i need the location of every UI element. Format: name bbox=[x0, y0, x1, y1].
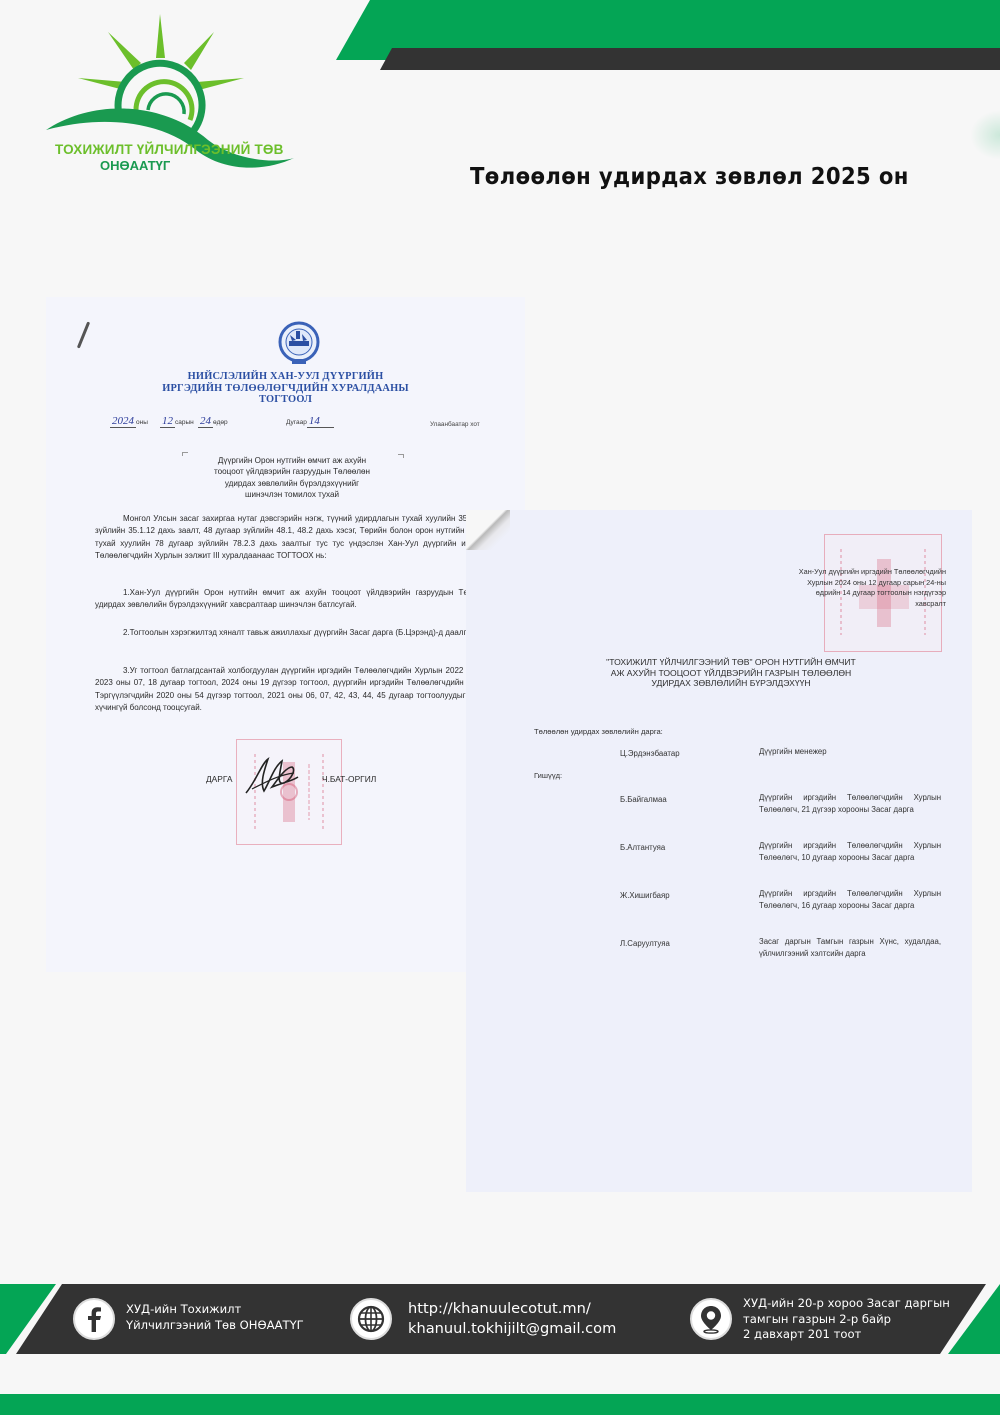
resolution-clause-1: 1.Хан-Уул дүүргийн Орон нутгийн өмчит аж… bbox=[95, 587, 495, 612]
chair-label: Төлөөлөн удирдах зөвлөлийн дарга: bbox=[534, 727, 663, 736]
footer-web-contact: http://khanuulecotut.mn/ khanuul.tokhiji… bbox=[408, 1299, 616, 1339]
member-role: Дүүргийн иргэдийн Төлөөлөгчдийн Хурлын Т… bbox=[759, 792, 941, 817]
resolution-clause-3: 3.Уг тогтоол батлагдсантай холбогдуулан … bbox=[95, 665, 495, 715]
page-mark bbox=[77, 321, 90, 348]
member-name: Б.Алтантуяа bbox=[620, 843, 665, 852]
facebook-icon[interactable] bbox=[73, 1298, 115, 1340]
globe-icon bbox=[350, 1298, 392, 1340]
attachment-title: "ТОХИЖИЛТ ҮЙЛЧИЛГЭЭНИЙ ТӨВ" ОРОН НУТГИЙН… bbox=[566, 657, 896, 689]
resolution-heading: НИЙСЛЭЛИЙН ХАН-УУЛ ДҮҮРГИЙН ИРГЭДИЙН ТӨЛ… bbox=[46, 371, 525, 406]
member-role: Дүүргийн иргэдийн Төлөөлөгчдийн Хурлын Т… bbox=[759, 888, 941, 913]
page-curl bbox=[466, 510, 510, 550]
footer-address: ХУД-ийн 20-р хороо Засаг даргын тамгын г… bbox=[743, 1296, 950, 1343]
resolution-number: 14 bbox=[307, 415, 334, 428]
header-dark-band bbox=[380, 48, 1000, 70]
date-year: 2024 bbox=[110, 415, 136, 428]
brand-legal-form: ОНӨААТҮГ bbox=[100, 158, 220, 173]
brand-name: ТОХИЖИЛТ ҮЙЛЧИЛГЭЭНИЙ ТӨВ bbox=[55, 142, 315, 157]
website-link[interactable]: http://khanuulecotut.mn/ bbox=[408, 1299, 616, 1319]
member-role: Дүүргийн иргэдийн Төлөөлөгчдийн Хурлын Т… bbox=[759, 840, 941, 865]
footer-facebook-page[interactable]: ХУД-ийн Тохижилт Үйлчилгээний Төв ОНӨААТ… bbox=[126, 1302, 304, 1333]
resolution-city: Улаанбаатар хот bbox=[430, 421, 480, 428]
resolution-subject: Дүүргийн Орон нутгийн өмчит аж ахуйн тоо… bbox=[186, 455, 398, 501]
page-title: Төлөөлөн удирдах зөвлөл 2025 он bbox=[470, 164, 875, 190]
member-role: Засаг даргын Тамгын газрын Хүнс, худалда… bbox=[759, 936, 941, 961]
member-name: Ж.Хишигбаяр bbox=[620, 891, 670, 900]
resolution-clause-2: 2.Тогтоолын хэрэгжилтэд хяналт тавьж ажи… bbox=[95, 627, 495, 639]
chair-role: Дүүргийн менежер bbox=[759, 746, 941, 758]
attachment-document-scan: Хан-Уул дүүргийн иргэдийн Төлөөлөгчдийн … bbox=[466, 510, 972, 1192]
mongolia-state-emblem-icon bbox=[276, 321, 322, 367]
chair-name: Ц.Эрдэнэбаатар bbox=[620, 749, 680, 758]
handwritten-signature-icon bbox=[242, 753, 302, 799]
resolution-preamble: Монгол Улсын засаг захиргаа нутаг дэвсгэ… bbox=[95, 513, 495, 563]
footer-bottom-bar bbox=[0, 1394, 1000, 1415]
attachment-reference: Хан-Уул дүүргийн иргэдийн Төлөөлөгчдийн … bbox=[716, 567, 946, 609]
location-pin-icon bbox=[690, 1298, 732, 1340]
date-month: 12 bbox=[160, 415, 175, 428]
resolution-document-scan: НИЙСЛЭЛИЙН ХАН-УУЛ ДҮҮРГИЙН ИРГЭДИЙН ТӨЛ… bbox=[46, 297, 525, 972]
date-day: 24 bbox=[198, 415, 213, 428]
member-name: Б.Байгалмаа bbox=[620, 795, 667, 804]
decorative-glow bbox=[970, 110, 1000, 160]
signatory-name: Ч.БАТ-ОРГИЛ bbox=[322, 774, 376, 784]
member-name: Л.Саруултуяа bbox=[620, 939, 670, 948]
email-link[interactable]: khanuul.tokhijilt@gmail.com bbox=[408, 1319, 616, 1339]
signatory-title: ДАРГА bbox=[206, 774, 232, 784]
members-label: Гишүүд: bbox=[534, 771, 562, 780]
brand-logo: ТОХИЖИЛТ ҮЙЛЧИЛГЭЭНИЙ ТӨВ ОНӨААТҮГ bbox=[44, 10, 304, 180]
